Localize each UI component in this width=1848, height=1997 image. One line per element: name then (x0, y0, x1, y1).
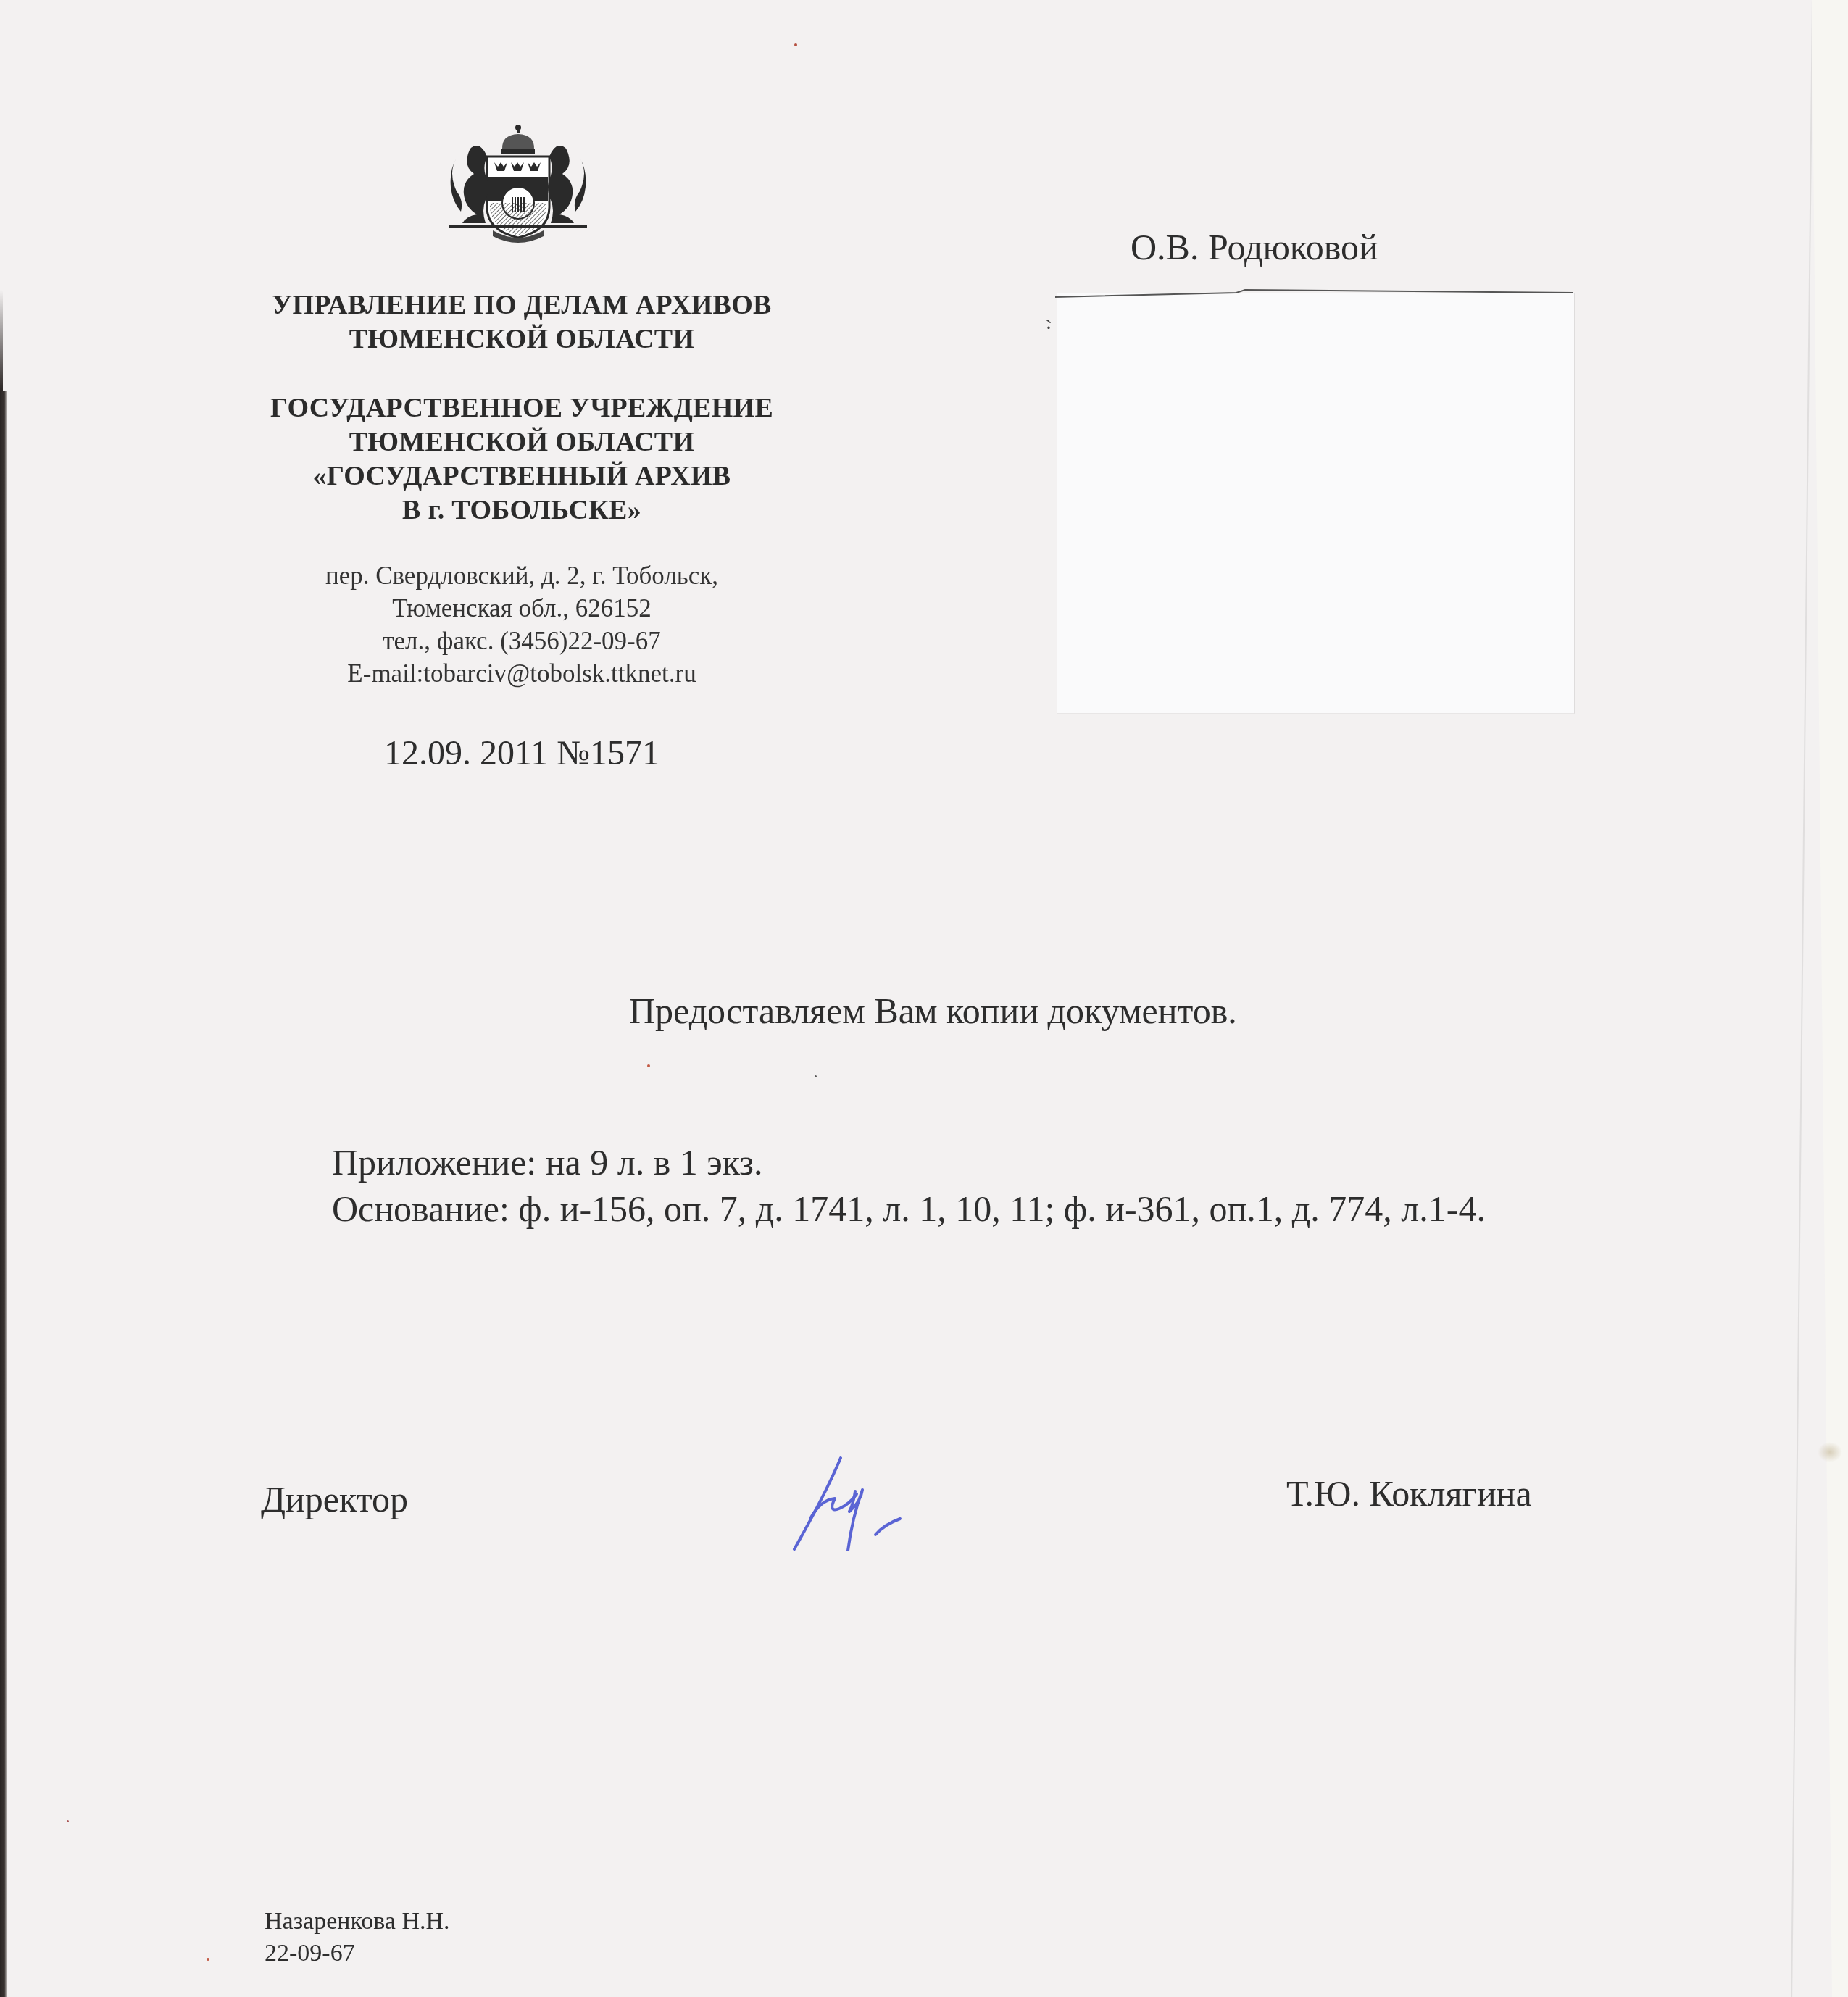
email-line: E-mail:tobarciv@tobolsk.ttknet.ru (246, 657, 797, 690)
address-line: Тюменская обл., 626152 (246, 592, 797, 625)
parent-org-line: УПРАВЛЕНИЕ ПО ДЕЛАМ АРХИВОВ (217, 288, 826, 322)
address-line: пер. Свердловский, д. 2, г. Тобольск, (246, 559, 797, 592)
organization-header: УПРАВЛЕНИЕ ПО ДЕЛАМ АРХИВОВ ТЮМЕНСКОЙ ОБ… (217, 288, 826, 528)
basis-line: Основание: ф. и-156, оп. 7, д. 1741, л. … (332, 1185, 1486, 1232)
performer-info: Назаренкова Н.Н. 22-09-67 (265, 1906, 450, 1969)
attachment-line: Приложение: на 9 л. в 1 экз. (332, 1139, 1486, 1185)
speck (794, 43, 797, 46)
coat-of-arms-icon (435, 122, 602, 245)
performer-phone: 22-09-67 (265, 1938, 450, 1969)
paper-edge (1791, 0, 1813, 1997)
scan-edge-shadow (0, 290, 3, 391)
signatory-title: Директор (261, 1478, 408, 1520)
phone-line: тел., факс. (3456)22-09-67 (246, 625, 797, 657)
redacted-address-patch (1057, 293, 1575, 714)
stray-mark: ˎ· (1045, 304, 1049, 336)
handwritten-signature (768, 1442, 913, 1551)
speck (815, 1075, 817, 1077)
scan-edge-shadow (0, 391, 7, 1997)
attachments-block: Приложение: на 9 л. в 1 экз. Основание: … (332, 1139, 1486, 1232)
org-name-line: ТЮМЕНСКОЙ ОБЛАСТИ (217, 425, 826, 459)
letter-body: Предоставляем Вам копии документов. (629, 990, 1237, 1032)
parent-org-line: ТЮМЕНСКОЙ ОБЛАСТИ (217, 322, 826, 357)
speck (647, 1064, 650, 1067)
speck (67, 1820, 69, 1822)
org-name-line: «ГОСУДАРСТВЕННЫЙ АРХИВ (217, 459, 826, 493)
addressee-name: О.В. Родюковой (1131, 226, 1378, 268)
signatory-name: Т.Ю. Коклягина (1286, 1472, 1532, 1514)
speck (207, 1958, 209, 1961)
org-name-line: ГОСУДАРСТВЕННОЕ УЧРЕЖДЕНИЕ (217, 391, 826, 425)
date-and-number: 12.09. 2011 №1571 (246, 733, 797, 773)
org-name-line: В г. ТОБОЛЬСКЕ» (217, 493, 826, 528)
performer-name: Назаренкова Н.Н. (265, 1906, 450, 1938)
org-address: пер. Свердловский, д. 2, г. Тобольск, Тю… (246, 559, 797, 690)
smudge-mark (1818, 1442, 1842, 1462)
